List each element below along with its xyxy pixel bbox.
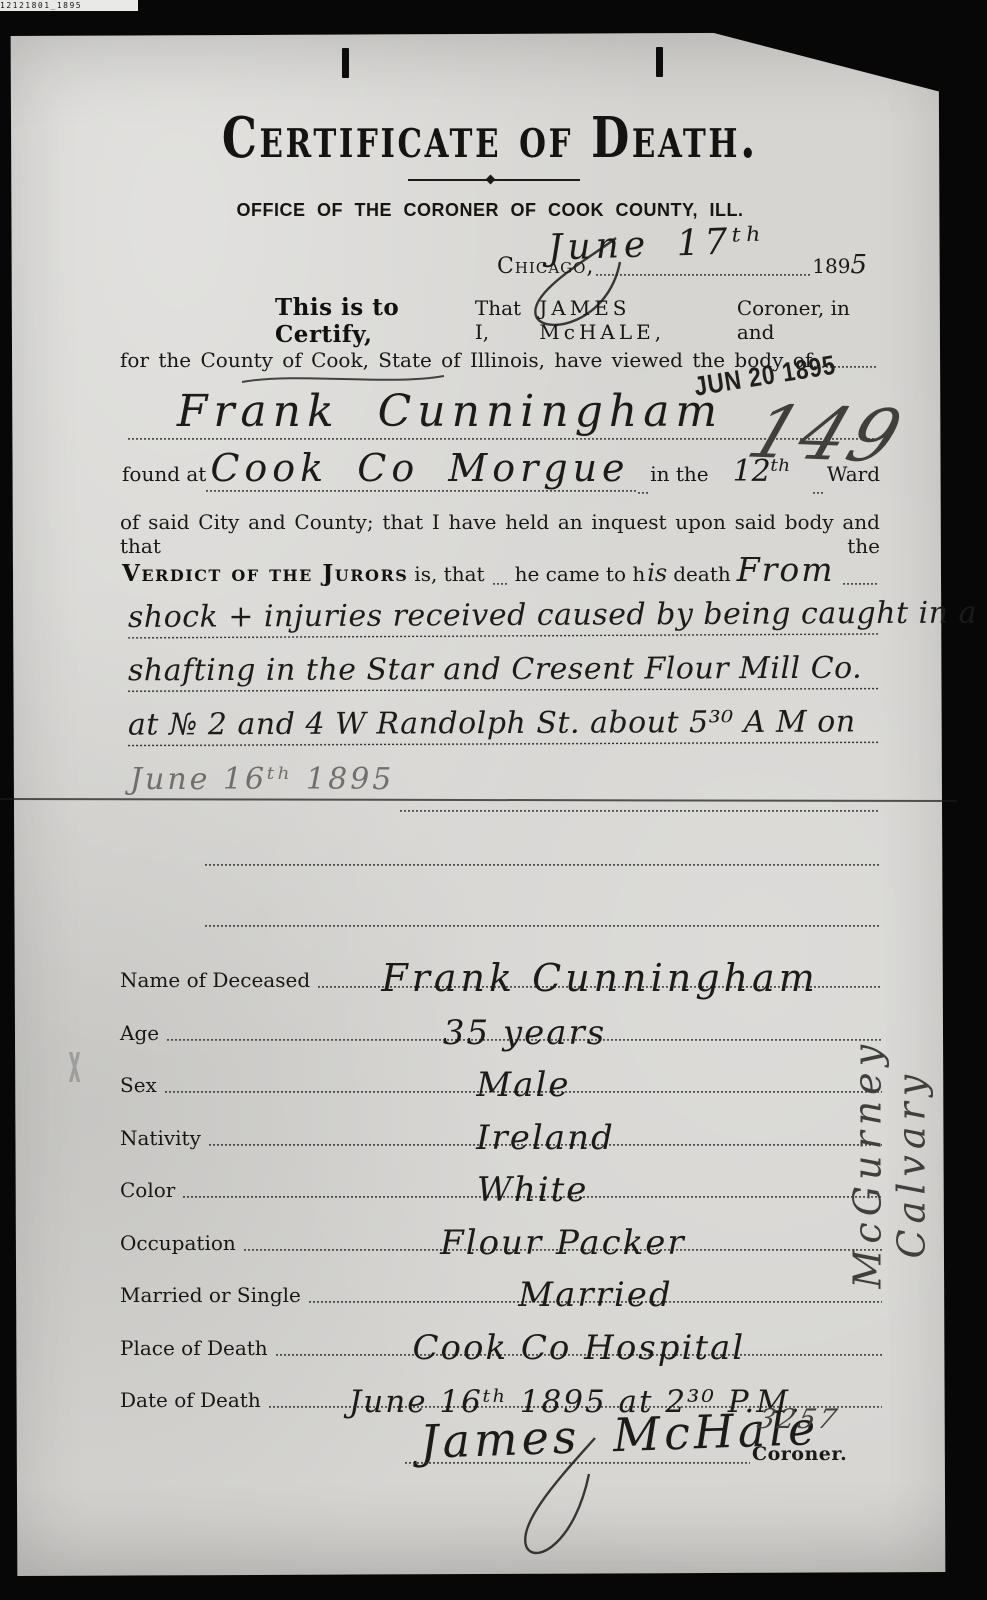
verdict-he-came: he came to h (515, 562, 646, 586)
office-line: OFFICE OF THE CORONER OF COOK COUNTY, IL… (120, 200, 860, 221)
verdict-rule (843, 583, 878, 585)
death-label: death (673, 562, 730, 586)
field-label: Nativity (120, 1126, 209, 1150)
field-rule: Married (309, 1261, 882, 1309)
field-label: Age (120, 1021, 167, 1045)
in-the-label: in the (650, 462, 708, 486)
field-value: Ireland (476, 1118, 615, 1158)
field-rule: Ireland (209, 1104, 882, 1152)
certify-line-1: This is to Certify, That I, JAMES McHALE… (275, 294, 867, 348)
empty-rule-2 (205, 925, 881, 927)
date-rule (596, 274, 810, 276)
cause-line-4-faded: June 16ᵗʰ 1895 (130, 762, 394, 797)
margin-note-rotated: McGurney Calvary (846, 934, 933, 1394)
pencil-smudge-mark (58, 1052, 92, 1082)
certificate-scan: 12121801_1895 Certificate of Death. OFFI… (0, 0, 987, 1600)
field-row-occupation: Occupation Flour Packer (120, 1209, 882, 1257)
ward-number-script: 12ᵗʰ (709, 454, 812, 489)
verdict-rule-small (493, 583, 507, 585)
found-at-label: found at (122, 462, 206, 486)
field-row-place-of-death: Place of Death Cook Co Hospital (120, 1314, 882, 1362)
verdict-heading: Verdict of the Jurors (122, 560, 408, 587)
field-label: Married or Single (120, 1283, 309, 1307)
field-rule: Male (165, 1051, 882, 1099)
found-place-script: Cook Co Morgue (206, 446, 635, 498)
field-value: Frank Cunningham (381, 956, 818, 1000)
cause-start-script: From (737, 550, 835, 589)
coroner-title-label: Coroner. (752, 1443, 847, 1465)
field-rule: Cook Co Hospital (276, 1314, 882, 1362)
verdict-is-that: is, that (414, 562, 484, 586)
field-rule: Flour Packer (244, 1209, 882, 1257)
field-row-age: Age 35 years (120, 999, 882, 1047)
registration-mark-right (656, 47, 663, 77)
field-row-name: Name of Deceased Frank Cunningham (120, 946, 882, 994)
found-rule-2 (813, 492, 825, 494)
field-value: Flour Packer (440, 1223, 686, 1263)
margin-note-line2: Calvary (890, 934, 934, 1394)
field-row-married: Married or Single Married (120, 1261, 882, 1309)
field-label: Date of Death (120, 1388, 269, 1412)
field-rule: White (183, 1156, 882, 1204)
cause-rule-4 (400, 810, 880, 812)
field-value: White (477, 1170, 589, 1210)
certify-tail: Coroner, in and (737, 296, 867, 344)
document-title: Certificate of Death. (164, 104, 815, 170)
found-rule-1 (638, 492, 649, 494)
year-printed: 189 (812, 254, 850, 278)
found-at-line: found at Cook Co Morgue in the 12ᵗʰ Ward (122, 446, 880, 498)
field-rule: Frank Cunningham (318, 946, 882, 994)
field-row-sex: Sex Male (120, 1051, 882, 1099)
handwritten-date: June 17ᵗʰ (547, 220, 767, 269)
field-value: 35 years (443, 1013, 606, 1053)
field-value: Married (518, 1275, 672, 1315)
signature-rule (405, 1462, 750, 1464)
ward-label: Ward (827, 462, 880, 486)
certify-that-i: That I, (475, 296, 530, 344)
field-row-color: Color White (120, 1156, 882, 1204)
divider-ornament (408, 176, 580, 183)
cause-line-2: shafting in the Star and Cresent Flour M… (128, 651, 880, 699)
margin-note-line1: McGurney (846, 934, 890, 1394)
scan-id-label: 12121801_1895 (0, 0, 138, 11)
field-label: Place of Death (120, 1336, 276, 1360)
field-value: Cook Co Hospital (413, 1328, 746, 1368)
certify-lead: This is to Certify, (275, 294, 466, 348)
his-script: is (647, 559, 667, 587)
certificate-number: 3257 (754, 1404, 842, 1435)
field-label: Color (120, 1178, 183, 1202)
coroner-name: JAMES McHALE, (539, 296, 728, 344)
field-value: Male (476, 1065, 570, 1105)
empty-rule-1 (205, 864, 881, 866)
cause-line-3: at № 2 and 4 W Randolph St. about 5³⁰ A … (128, 704, 880, 752)
registration-mark-left (342, 48, 349, 78)
cause-line-1: shock + injuries received caused by bein… (128, 596, 880, 645)
field-label: Name of Deceased (120, 968, 318, 992)
field-label: Sex (120, 1073, 165, 1097)
year-handwritten: 5 (850, 250, 867, 280)
verdict-line: Verdict of the Jurors is, that he came t… (122, 550, 880, 589)
field-rule: 35 years (167, 999, 882, 1047)
deceased-name-script: Frank Cunningham (150, 386, 750, 437)
field-label: Occupation (120, 1231, 244, 1255)
field-row-nativity: Nativity Ireland (120, 1104, 882, 1152)
diamond-ornament (486, 175, 496, 185)
